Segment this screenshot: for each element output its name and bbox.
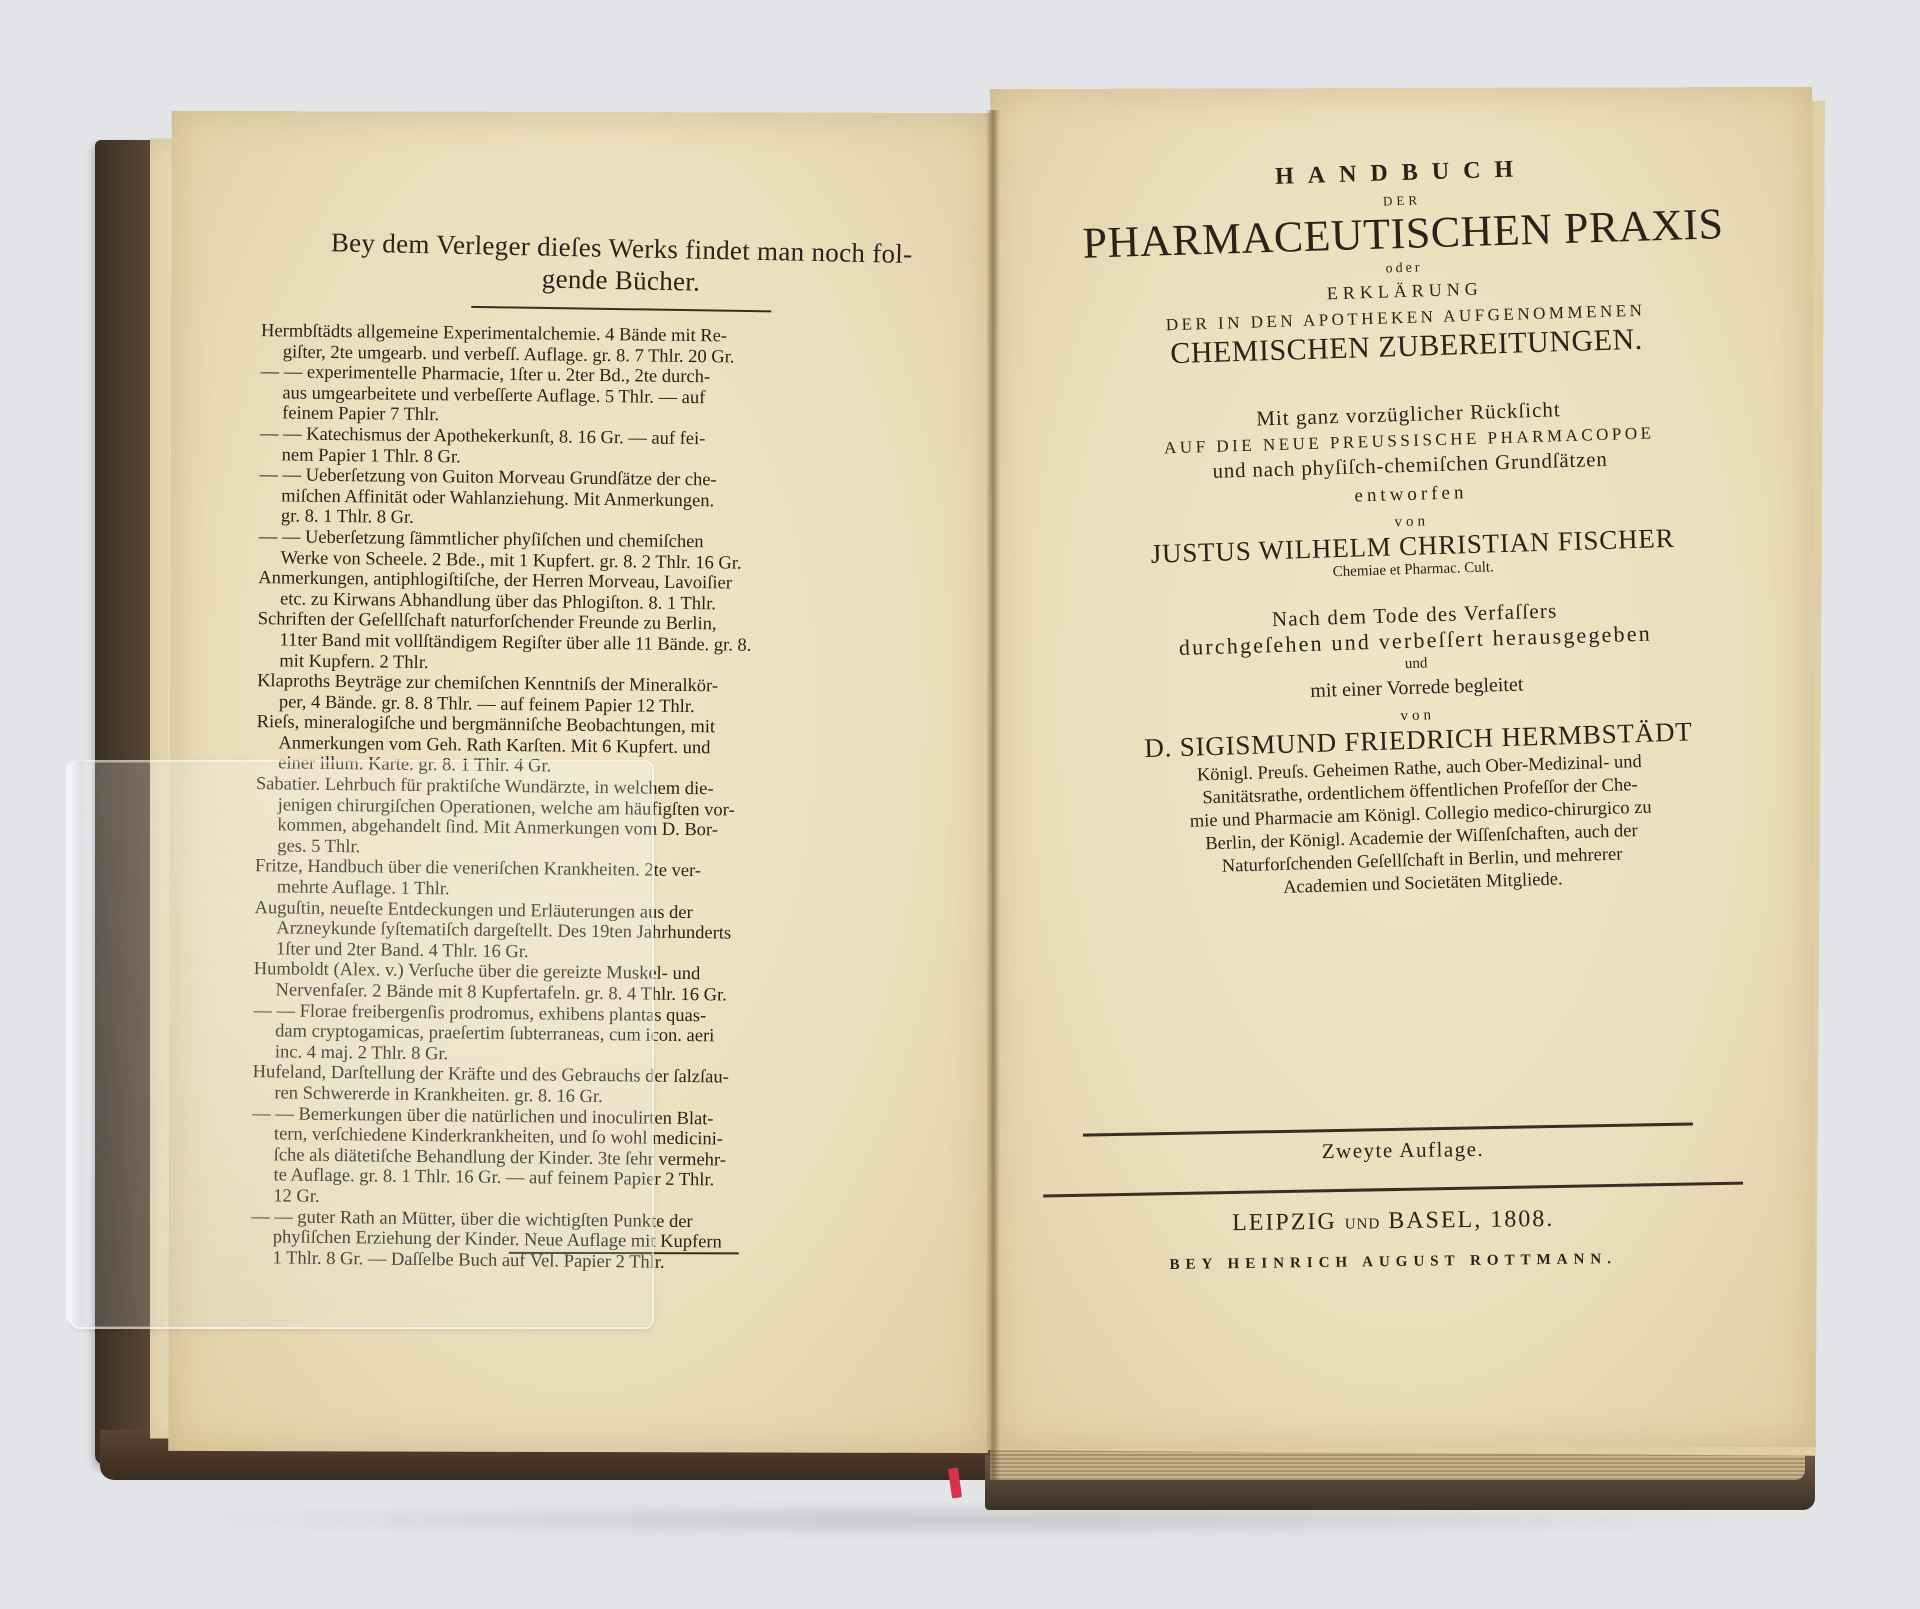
- title-block: HANDBUCH DER PHARMACEUTISCHEN PRAXIS ode…: [1031, 137, 1793, 907]
- acrylic-page-holder: [70, 760, 654, 1329]
- list-item: — — Ueberſetzung von Guiton Morveau Grun…: [259, 465, 920, 534]
- right-page-title-page: HANDBUCH DER PHARMACEUTISCHEN PRAXIS ode…: [990, 87, 1816, 1449]
- book-photo-scene: Bey dem Verleger dieſes Werks findet man…: [0, 0, 1920, 1609]
- list-item: — — experimentelle Pharmacie, 1ſter u. 2…: [260, 362, 921, 431]
- divider-rule: [1043, 1182, 1743, 1198]
- divider-rule: [471, 306, 771, 312]
- editor-description: Königl. Preuſs. Geheimen Rathe, auch Obe…: [1049, 746, 1793, 907]
- acrylic-holder-edge: [66, 760, 92, 1325]
- edition-label: Zweyte Auflage.: [1193, 1135, 1613, 1165]
- book-gutter: [986, 110, 1000, 1480]
- printer-line: BEY HEINRICH AUGUST ROTTMANN.: [1063, 1250, 1723, 1276]
- ad-heading: Bey dem Verleger dieſes Werks findet man…: [311, 226, 932, 302]
- imprint: LEIPZIG UND BASEL, 1808.: [1113, 1204, 1673, 1238]
- list-item: Schriften der Geſellſchaft naturforſchen…: [257, 609, 918, 678]
